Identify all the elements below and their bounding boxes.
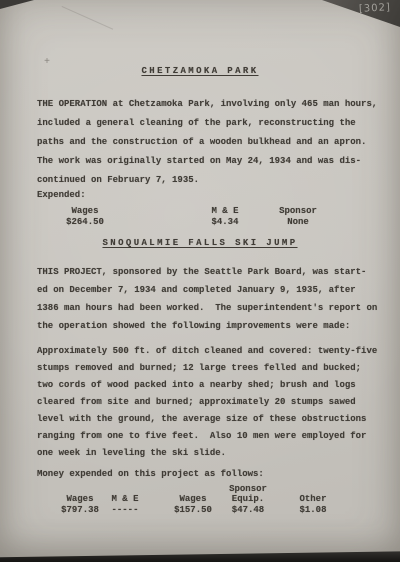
table-column-m-and-e: M & E $4.34 [190, 205, 260, 227]
section-title-snoqualmie-falls-ski-jump: SNOQUALMIE FALLS SKI JUMP [0, 238, 400, 248]
table-column-m-and-e: M & E ----- [93, 483, 157, 515]
paper-crease [62, 6, 114, 30]
expended-label: Expended: [37, 190, 86, 200]
money-expended-label: Money expended on this project as follow… [37, 469, 264, 479]
table-column-sponsor-equip: Sponsor Equip. $47.48 [216, 483, 280, 515]
expense-table-ski-jump: Wages $797.38 M & E ----- Wages $157.50 … [0, 483, 400, 515]
photostat-scan: + CHETZAMOKA PARK THE OPERATION at Chetz… [0, 0, 400, 562]
paragraph-improvements: Approximately 500 ft. of ditch cleaned a… [37, 343, 377, 462]
section-title-chetzamoka-park: CHETZAMOKA PARK [0, 66, 400, 76]
column-header: Sponsor [263, 206, 333, 217]
table-column-wages: Wages $264.50 [50, 205, 120, 227]
column-header: Other [281, 494, 345, 505]
column-value: $1.08 [281, 505, 345, 516]
column-header: Equip. [216, 494, 280, 505]
column-header: M & E [190, 206, 260, 217]
paragraph-project-intro: THIS PROJECT, sponsored by the Seattle P… [37, 263, 377, 335]
column-value: $47.48 [216, 505, 280, 516]
column-value: $4.34 [190, 217, 260, 228]
column-header: M & E [93, 494, 157, 505]
table-column-sponsor: Sponsor None [263, 205, 333, 227]
table-column-other: Other $1.08 [281, 483, 345, 515]
paragraph-chetzamoka-operation: THE OPERATION at Chetzamoka Park, involv… [37, 95, 377, 190]
column-value: ----- [93, 505, 157, 516]
column-super-header: Sponsor [216, 484, 280, 495]
column-header: Wages [50, 206, 120, 217]
expense-table-chetzamoka: Wages $264.50 M & E $4.34 Sponsor None [0, 205, 400, 227]
document-page: + CHETZAMOKA PARK THE OPERATION at Chetz… [0, 0, 400, 562]
page-number-annotation: [302] [359, 2, 391, 15]
column-value: None [263, 217, 333, 228]
column-value: $264.50 [50, 217, 120, 228]
